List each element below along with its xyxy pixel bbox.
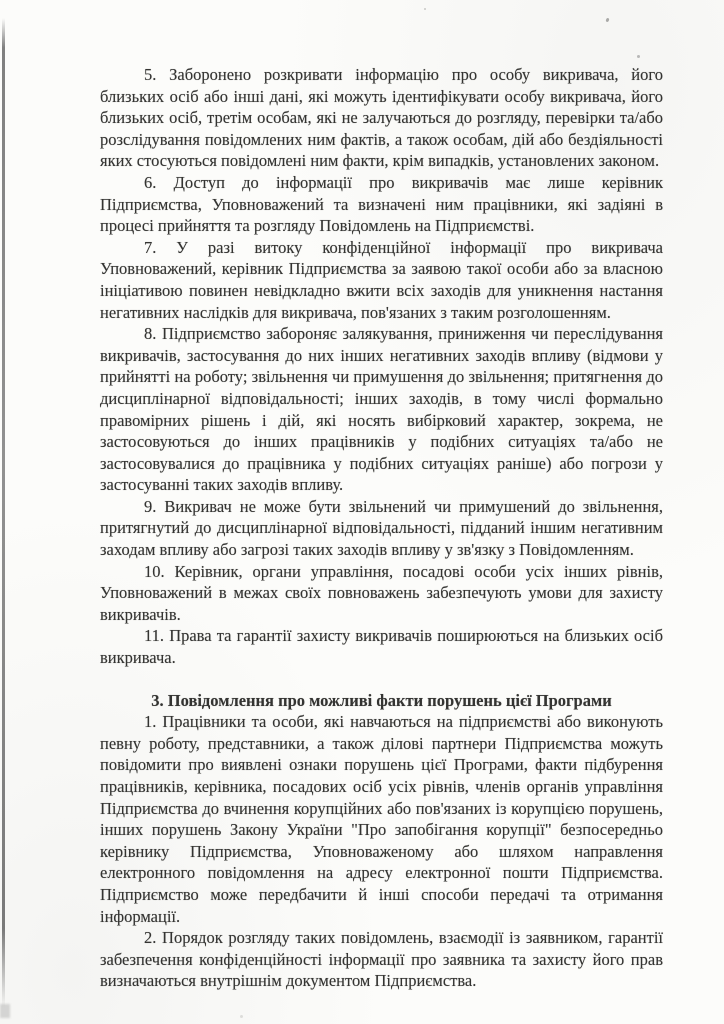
document-body: 5. Заборонено розкривати інформацію про … xyxy=(100,64,663,992)
paragraph-7: 7. У разі витоку конфіденційної інформац… xyxy=(100,237,663,323)
paragraph-5: 5. Заборонено розкривати інформацію про … xyxy=(100,64,663,172)
paragraph-8: 8. Підприємство забороняє залякування, п… xyxy=(100,323,663,496)
section3-paragraph-1: 1. Працівники та особи, які навчаються н… xyxy=(100,711,663,927)
paragraph-10: 10. Керівник, органи управління, посадов… xyxy=(100,561,663,626)
paragraph-9: 9. Викривач не може бути звільнений чи п… xyxy=(100,496,663,561)
paragraph-11: 11. Права та гарантії захисту викривачів… xyxy=(100,625,663,668)
scan-dust-speck xyxy=(637,55,640,58)
section3-paragraph-2: 2. Порядок розгляду таких повідомлень, в… xyxy=(100,927,663,992)
paragraph-6: 6. Доступ до інформації про викривачів м… xyxy=(100,172,663,237)
scan-edge-artifact xyxy=(2,18,5,1008)
section-3-heading: 3. Повідомлення про можливі факти поруше… xyxy=(100,690,663,712)
scan-smudge-artifact xyxy=(0,1004,10,1018)
scan-dust-speck xyxy=(424,8,426,10)
scan-dust-speck xyxy=(240,1015,243,1018)
scanned-document-page: { "page": { "kind": "scanned legal docum… xyxy=(0,0,724,1024)
